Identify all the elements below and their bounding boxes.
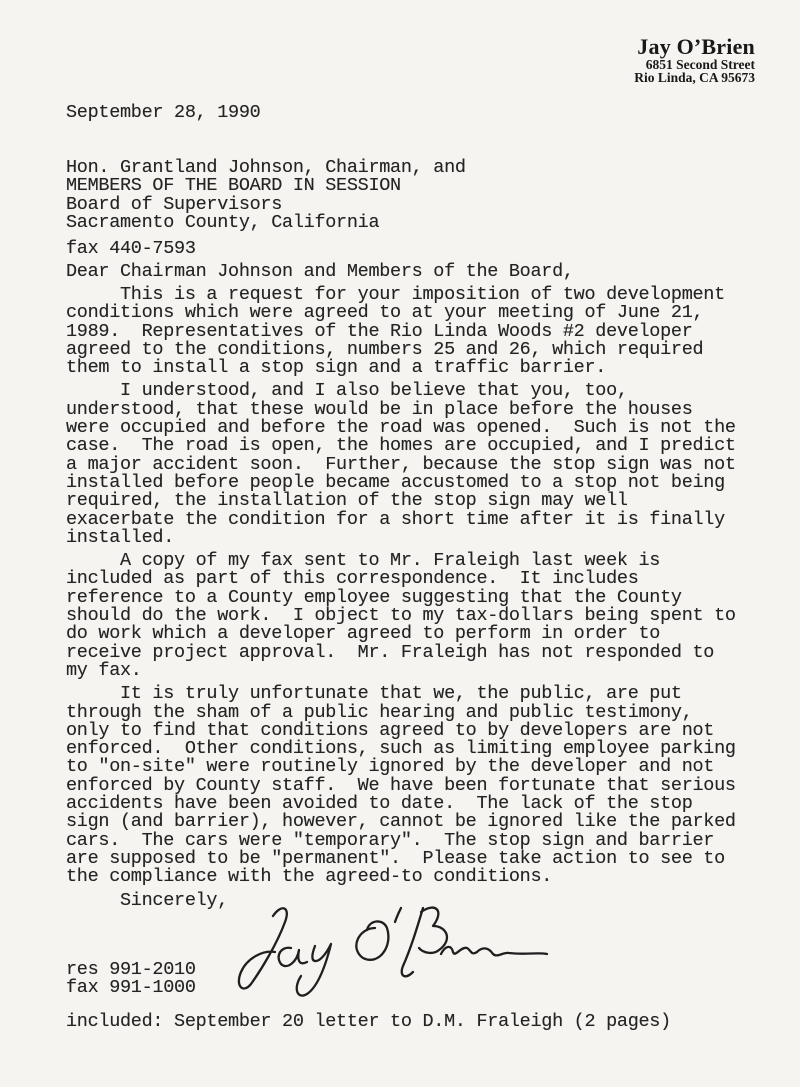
signature-stroke [279,948,307,966]
letterhead-address: 6851 Second Street Rio Linda, CA 95673 [634,58,755,84]
letter-body: This is a request for your imposition of… [66,286,766,910]
letterhead: Jay O’Brien 6851 Second Street Rio Linda… [634,36,755,84]
recipient-fax-line: fax 440-7593 [66,240,196,258]
signature-stroke [441,947,547,955]
letter-date: September 28, 1990 [66,104,260,122]
signature-stroke [297,944,331,996]
body-paragraph-1: This is a request for your imposition of… [66,286,766,377]
salutation: Dear Chairman Johnson and Members of the… [66,263,574,281]
signature-stroke [402,908,423,976]
enclosure-note: included: September 20 letter to D.M. Fr… [66,1013,671,1031]
signature-jay-obrien [235,900,550,1000]
contact-numbers: res 991-2010 fax 991-1000 [66,961,196,998]
letterhead-name: Jay O’Brien [634,36,755,57]
body-paragraph-3: A copy of my fax sent to Mr. Fraleigh la… [66,552,766,680]
signature-stroke [356,921,388,959]
body-paragraph-4: It is truly unfortunate that we, the pub… [66,685,766,886]
signature-stroke [395,908,401,922]
recipient-block: Hon. Grantland Johnson, Chairman, and ME… [66,159,466,232]
body-paragraph-2: I understood, and I also believe that yo… [66,382,766,547]
letter-page: Jay O’Brien 6851 Second Street Rio Linda… [0,0,800,1087]
signature-stroke [419,908,447,953]
signature-stroke [239,908,287,988]
